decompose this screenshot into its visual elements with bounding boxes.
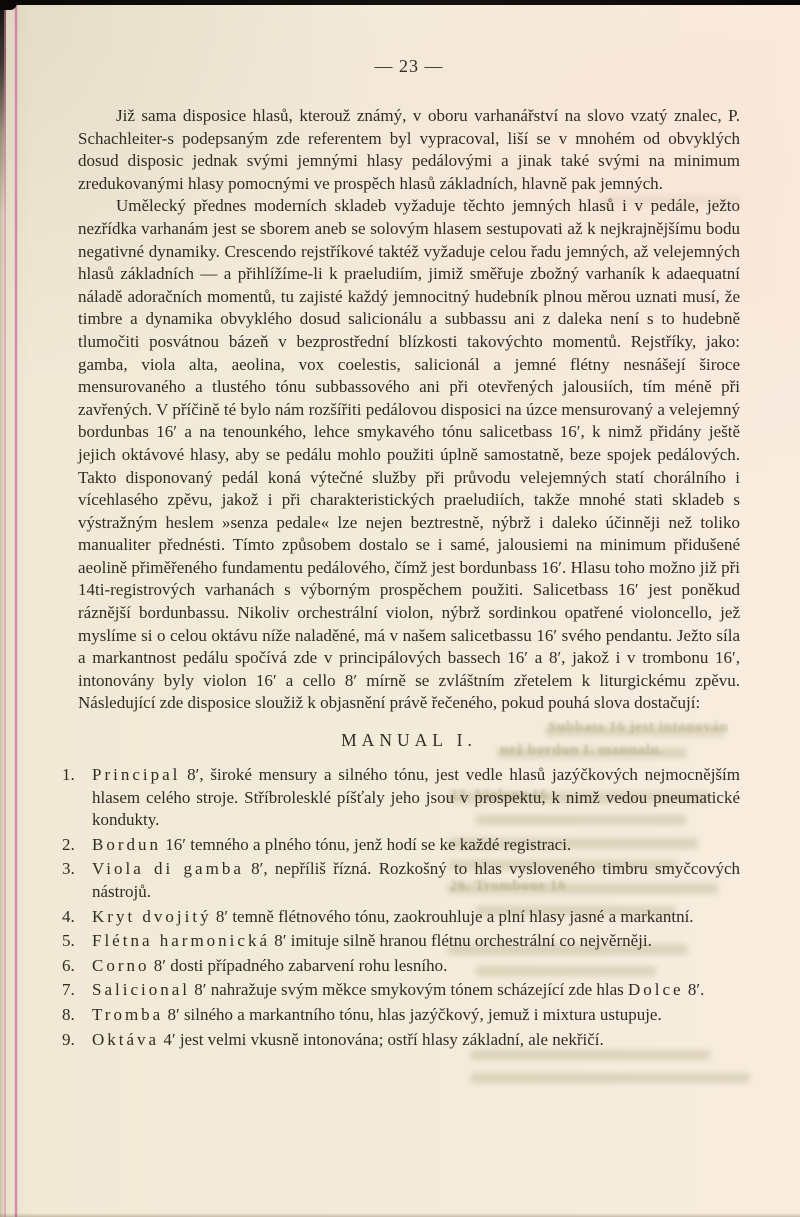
stop-description: Tromba 8′ silného a markantního tónu, hl… [92,1004,740,1027]
stop-text: 8′ nahražuje svým měkce smykovým tónem s… [190,980,628,999]
stop-list-item: 7.Salicional 8′ nahražuje svým měkce smy… [62,979,740,1002]
stop-name: Oktáva [92,1030,159,1049]
stop-list-item: 5.Flétna harmonická 8′ imituje silně hra… [62,930,740,953]
stop-text: 8′ imituje silně hranou flétnu orchestrá… [270,931,652,950]
stop-name: Tromba [92,1005,163,1024]
stop-name: Dolce [628,980,684,999]
stop-description: Flétna harmonická 8′ imituje silně hrano… [92,930,740,953]
stop-text: 8′. [684,980,705,999]
page-number: — 23 — [78,56,740,77]
stop-number: 2. [62,834,92,857]
manual-heading: MANUAL I. [78,730,740,751]
scanned-book-page: { "page": { "number_label": "— 23 —" }, … [0,0,800,1217]
stop-number: 5. [62,930,92,953]
bleed-smudge [470,1073,750,1083]
stop-number: 7. [62,979,92,1002]
stop-name: Principal [92,765,180,784]
stop-list-item: 3.Viola di gamba 8′, nepříliš řízná. Roz… [62,858,740,903]
stop-name: Viola di gamba [92,859,244,878]
stop-name: Salicional [92,980,190,999]
margin-line-inner [15,4,17,1217]
scan-edge-top [0,0,800,5]
stop-text: 4′ jest velmi vkusně intonována; ostří h… [159,1030,604,1049]
stop-number: 4. [62,906,92,929]
stop-description: Kryt dvojitý 8′ temně flétnového tónu, z… [92,906,740,929]
stop-name: Bordun [92,835,161,854]
stop-description: Corno 8′ dosti případného zabarvení rohu… [92,955,740,978]
stop-text: 8′ temně flétnového tónu, zaokrouhluje a… [212,907,694,926]
stop-list-item: 2.Bordun 16′ temného a plného tónu, jenž… [62,834,740,857]
stop-list-item: 4.Kryt dvojitý 8′ temně flétnového tónu,… [62,906,740,929]
stop-text: 8′, široké mensury a silného tónu, jest … [92,765,740,829]
stop-list-item: 9.Oktáva 4′ jest velmi vkusně intonována… [62,1029,740,1052]
stop-name: Kryt dvojitý [92,907,212,926]
stop-number: 9. [62,1029,92,1052]
stop-list-item: 8.Tromba 8′ silného a markantního tónu, … [62,1004,740,1027]
stop-description: Viola di gamba 8′, nepříliš řízná. Rozko… [92,858,740,903]
stop-list-item: 1.Principal 8′, široké mensury a silného… [62,764,740,832]
stop-list: 1.Principal 8′, široké mensury a silného… [78,764,740,1051]
stop-text: 16′ temného a plného tónu, jenž hodí se … [161,835,571,854]
paragraph: Umělecký přednes moderních skladeb vyžad… [78,195,740,715]
page-content: — 23 — Již sama disposice hlasů, kterouž… [0,0,800,1053]
body-text: Již sama disposice hlasů, kterouž známý,… [78,105,740,715]
stop-number: 3. [62,858,92,903]
stop-name: Flétna harmonická [92,931,270,950]
stop-text: 8′ silného a markantního tónu, hlas jazý… [163,1005,662,1024]
stop-description: Salicional 8′ nahražuje svým měkce smyko… [92,979,740,1002]
stop-list-item: 6.Corno 8′ dosti případného zabarvení ro… [62,955,740,978]
paragraph: Již sama disposice hlasů, kterouž známý,… [78,105,740,195]
stop-number: 1. [62,764,92,832]
stop-number: 8. [62,1004,92,1027]
scan-edge-bottom [0,1213,800,1217]
stop-description: Oktáva 4′ jest velmi vkusně intonována; … [92,1029,740,1052]
margin-line-outer [4,4,6,1217]
stop-text: 8′ dosti případného zabarvení rohu lesní… [150,956,448,975]
stop-number: 6. [62,955,92,978]
stop-description: Principal 8′, široké mensury a silného t… [92,764,740,832]
stop-name: Corno [92,956,150,975]
stop-description: Bordun 16′ temného a plného tónu, jenž h… [92,834,740,857]
